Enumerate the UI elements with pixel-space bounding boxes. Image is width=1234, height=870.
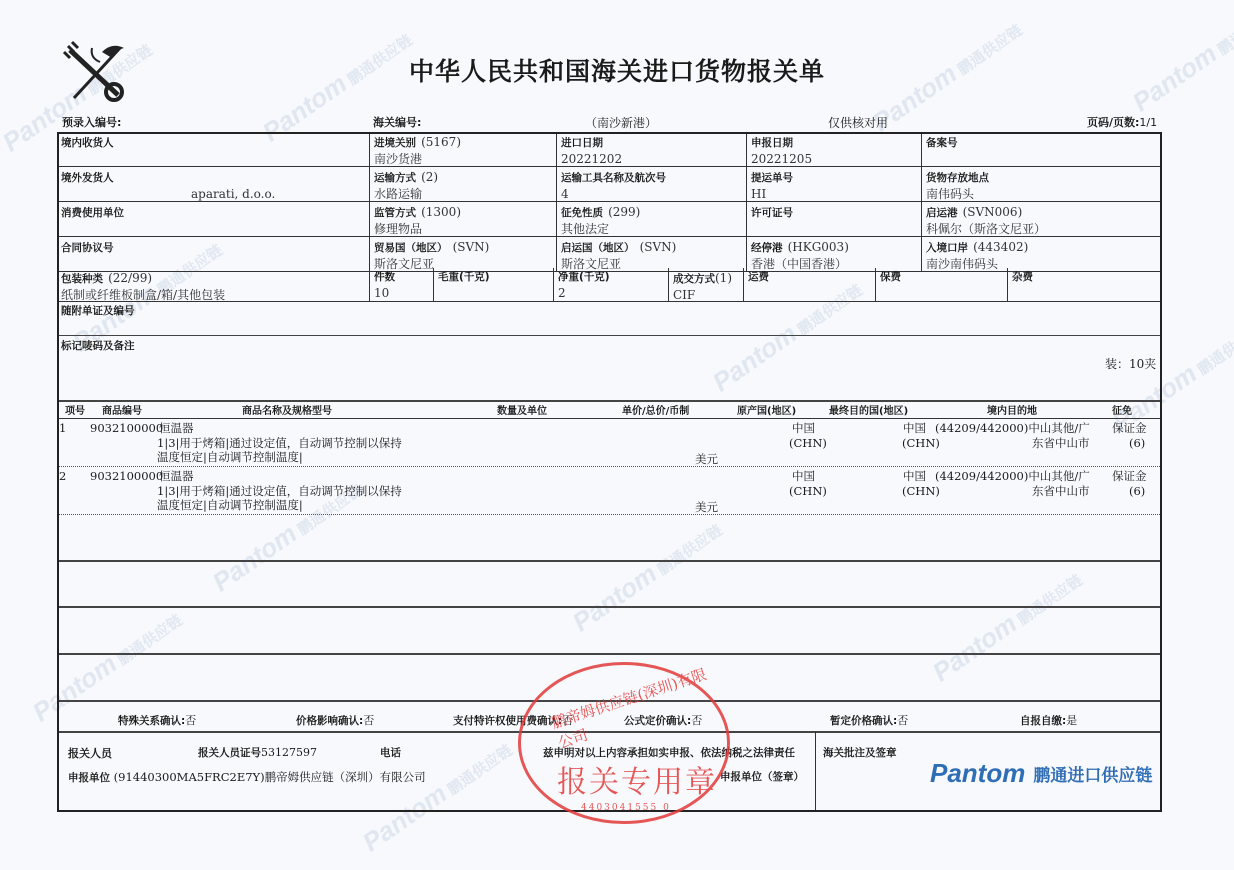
goods-row: 29032100000恒温器1|3|用于烤箱|通过设定值，自动调节控制以保持温度… bbox=[57, 467, 1162, 515]
declarant: 申报单位 (91440300MA5FRC2E7Y)鹏帝姆供应链（深圳）有限公司 bbox=[68, 769, 426, 785]
goods-table: 项号 商品编号 商品名称及规格型号 数量及单位 单价/总价/币制 原产国(地区)… bbox=[57, 402, 1162, 515]
header-field: 消费使用单位 bbox=[57, 202, 370, 236]
declarant-seal-label: 申报单位（签章） bbox=[720, 769, 804, 784]
header-field: 启运港 (SVN006)科佩尔（斯洛文尼亚） bbox=[922, 202, 1162, 236]
header-field: 进口日期20221202 bbox=[557, 132, 747, 166]
watermark: Pantom鹏通供应链 bbox=[27, 603, 188, 728]
page-title: 中华人民共和国海关进口货物报关单 bbox=[0, 52, 1234, 88]
attached-docs-label: 随附单证及编号 bbox=[61, 303, 135, 318]
header-field: 备案号 bbox=[922, 132, 1162, 166]
for-check-note: 仅供核对用 bbox=[828, 114, 888, 131]
confirmation-item: 价格影响确认:否 bbox=[296, 712, 374, 728]
phone-label: 电话 bbox=[380, 745, 401, 760]
header-field: 申报日期20221205 bbox=[747, 132, 922, 166]
header-field: 贸易国（地区） (SVN)斯洛文尼亚 bbox=[370, 237, 557, 271]
preentry-label: 预录入编号: bbox=[62, 114, 121, 130]
pantom-brand-logo: Pantom鹏通进口供应链 bbox=[930, 758, 1152, 789]
declaration-header-grid: 境内收货人进境关别 (5167)南沙货港进口日期20221202申报日期2022… bbox=[57, 132, 1162, 272]
transaction-terms-value: CIF bbox=[673, 287, 739, 303]
customs-approval-label: 海关批注及签章 bbox=[823, 745, 897, 760]
page-counter: 页码/页数:1/1 bbox=[1087, 114, 1157, 130]
net-weight-value: 2 bbox=[558, 285, 664, 301]
header-field: 征免性质 (299)其他法定 bbox=[557, 202, 747, 236]
header-row: 境内收货人进境关别 (5167)南沙货港进口日期20221202申报日期2022… bbox=[57, 132, 1162, 167]
header-field: 许可证号 bbox=[747, 202, 922, 236]
header-field: 启运国（地区） (SVN)斯洛文尼亚 bbox=[557, 237, 747, 271]
header-field: 境外发货人aparati, d.o.o. bbox=[57, 167, 370, 201]
header-field: 提运单号HI bbox=[747, 167, 922, 201]
port-note: （南沙新港） bbox=[585, 114, 657, 131]
header-field: 合同协议号 bbox=[57, 237, 370, 271]
confirmation-item: 自报自缴:是 bbox=[1020, 712, 1077, 728]
confirmation-item: 特殊关系确认:否 bbox=[118, 712, 196, 728]
header-field: 经停港 (HKG003)香港（中国香港） bbox=[747, 237, 922, 271]
goods-header-row: 项号 商品编号 商品名称及规格型号 数量及单位 单价/总价/币制 原产国(地区)… bbox=[57, 402, 1162, 419]
header-field: 运输工具名称及航次号4 bbox=[557, 167, 747, 201]
header-field: 入境口岸 (443402)南沙南伟码头 bbox=[922, 237, 1162, 271]
watermark: Pantom鹏通供应链 bbox=[927, 563, 1088, 688]
header-field: 进境关别 (5167)南沙货港 bbox=[370, 132, 557, 166]
broker-cert: 报关人员证号53127597 bbox=[198, 745, 317, 760]
header-field: 监管方式 (1300)修理物品 bbox=[370, 202, 557, 236]
customs-declaration-stamp: 鹏帝姆供应链(深圳)有限公司 报关专用章 4403041555 0 bbox=[518, 662, 730, 824]
header-field: 境内收货人 bbox=[57, 132, 370, 166]
header-row: 消费使用单位监管方式 (1300)修理物品征免性质 (299)其他法定许可证号启… bbox=[57, 202, 1162, 237]
broker-label: 报关人员 bbox=[68, 745, 112, 761]
header-field: 货物存放地点南伟码头 bbox=[922, 167, 1162, 201]
package-row: 包装种类 (22/99)纸制或纤维板制盒/箱/其他包装 件数10 毛重(千克) … bbox=[57, 268, 1162, 302]
header-field: 运输方式 (2)水路运输 bbox=[370, 167, 557, 201]
header-row: 境外发货人aparati, d.o.o.运输方式 (2)水路运输运输工具名称及航… bbox=[57, 167, 1162, 202]
pieces-value: 10 bbox=[374, 285, 429, 301]
package-type-value: 纸制或纤维板制盒/箱/其他包装 bbox=[61, 287, 365, 303]
customs-no-label: 海关编号: bbox=[373, 114, 421, 130]
marks-value: 装：10夹 bbox=[1105, 355, 1156, 372]
marks-label: 标记唛码及备注 bbox=[61, 338, 135, 353]
header-row: 合同协议号贸易国（地区） (SVN)斯洛文尼亚启运国（地区） (SVN)斯洛文尼… bbox=[57, 237, 1162, 272]
watermark: Pantom鹏通供应链 bbox=[567, 513, 728, 638]
goods-row: 19032100000恒温器1|3|用于烤箱|通过设定值，自动调节控制以保持温度… bbox=[57, 419, 1162, 467]
confirmation-item: 暂定价格确认:否 bbox=[830, 712, 908, 728]
